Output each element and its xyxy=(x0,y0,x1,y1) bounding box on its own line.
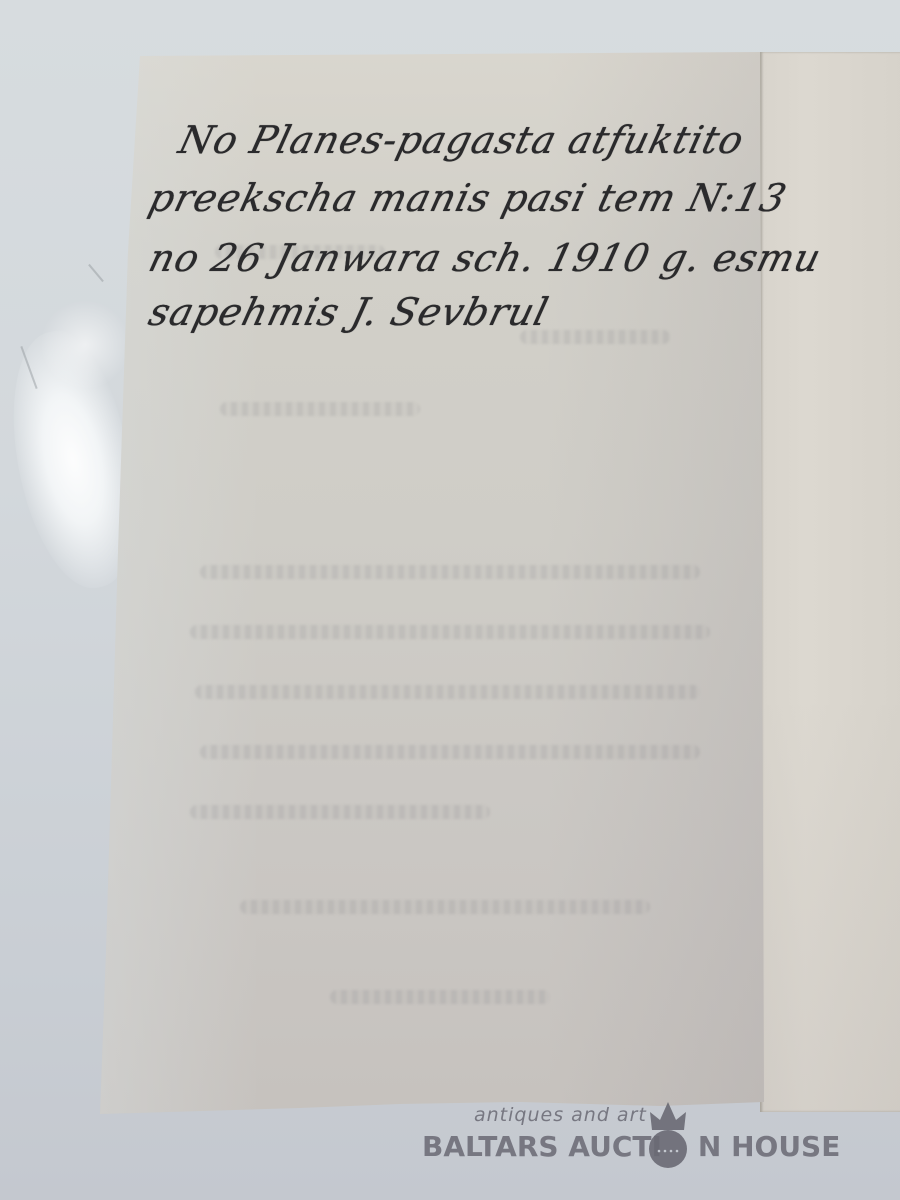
handwriting-line-2: preekscha manis pasi tem N:13 xyxy=(145,176,792,220)
crown-medallion-icon xyxy=(646,1100,690,1170)
watermark-tagline: antiques and art xyxy=(474,1104,647,1126)
handwriting-line-1: No Planes-pagasta atfuktito xyxy=(175,118,749,162)
handwriting-line-4-signature: sapehmis J. Sevbrul xyxy=(145,290,554,334)
auction-house-watermark: antiques and art BALTARS AUCTIN HOUSE xyxy=(420,1098,830,1170)
watermark-name: BALTARS AUCTIN HOUSE xyxy=(422,1130,840,1163)
photo-scene: No Planes-pagasta atfuktito preekscha ma… xyxy=(0,0,900,1200)
handwriting-line-3: no 26 Janwara sch. 1910 g. esmu xyxy=(145,236,826,280)
surface-scratch xyxy=(88,264,104,282)
light-glare-secondary xyxy=(40,300,130,390)
